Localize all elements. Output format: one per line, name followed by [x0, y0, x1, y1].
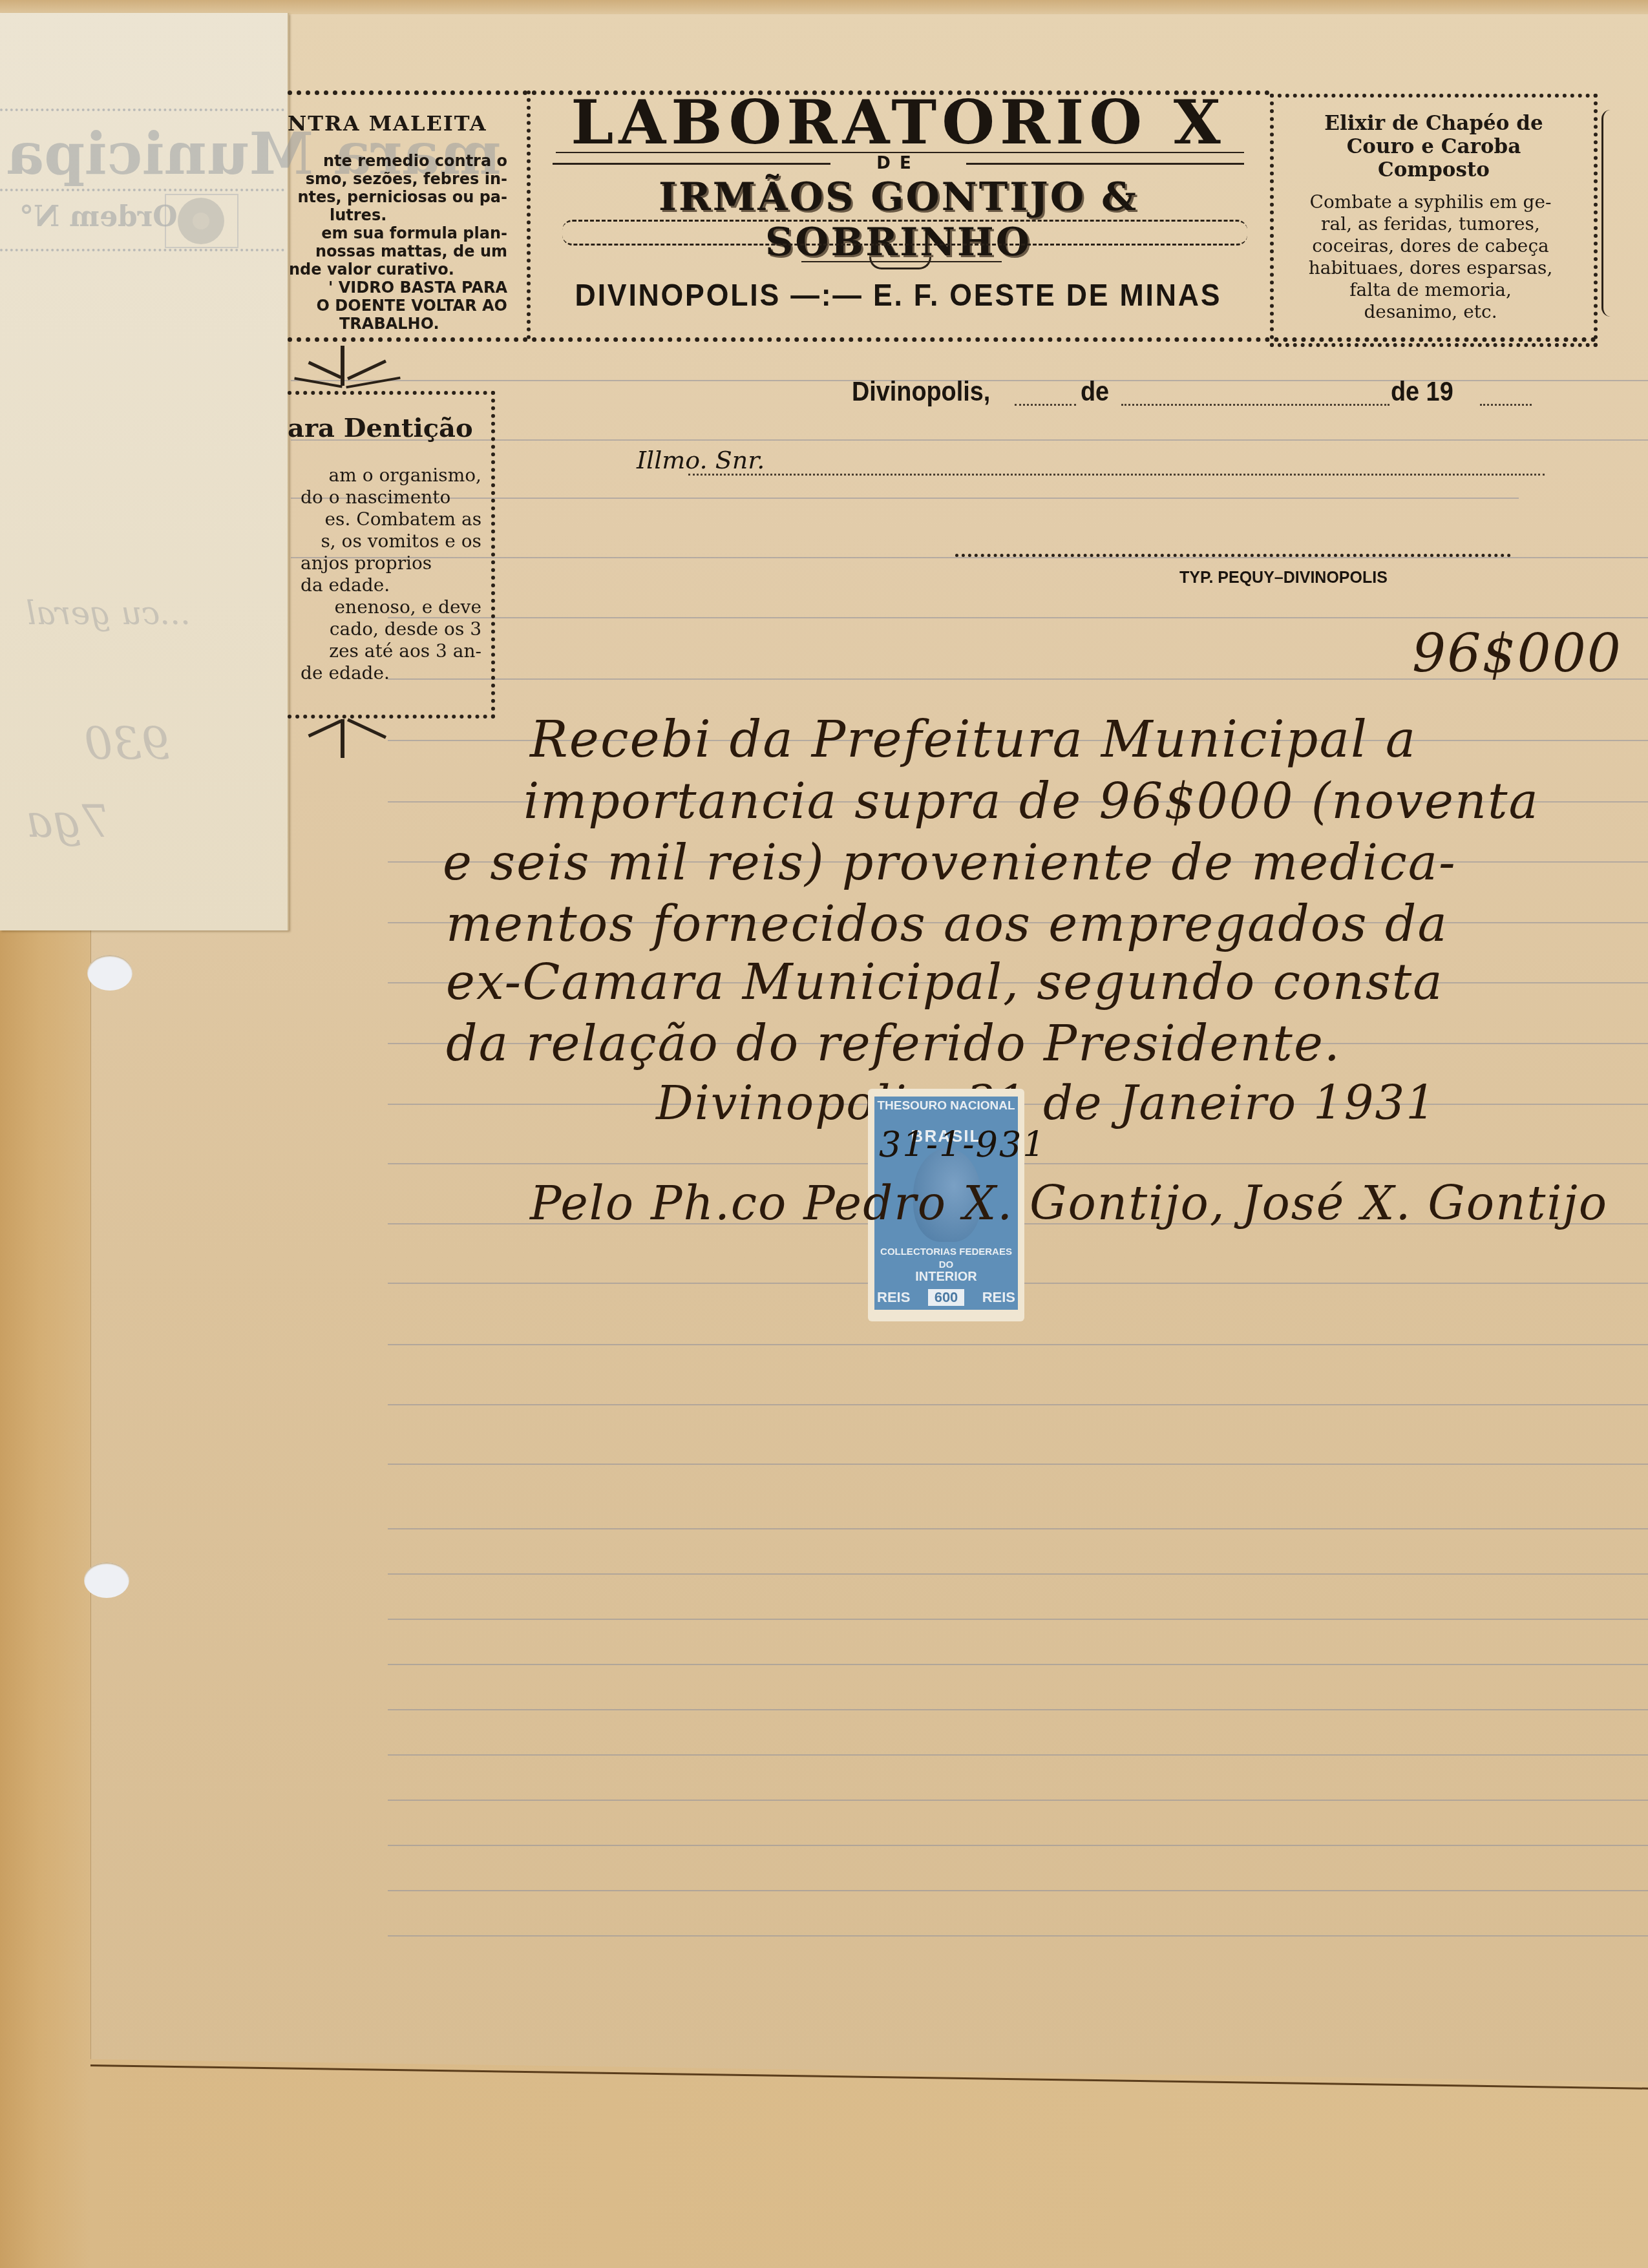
de-rule-left: [553, 163, 830, 165]
punch-hole-top: [87, 955, 132, 991]
form-year-label: de 19: [1391, 376, 1453, 407]
receipt-line-5: ex-Camara Municipal, segundo consta: [446, 953, 1444, 1011]
de-rule-right: [966, 163, 1244, 165]
stamp-value-row: REIS 600 REIS: [874, 1289, 1018, 1306]
addressee-label: Illmo. Snr.: [637, 446, 765, 474]
ad-elixir-body: Combate a syphilis em ge- ral, as ferida…: [1287, 191, 1574, 323]
receipt-date: Divinopolis, 31 de Janeiro 1931: [656, 1076, 1437, 1130]
ad-denticao-body: am o organismo, do o nascimento es. Comb…: [288, 465, 481, 684]
year-field[interactable]: [1480, 404, 1532, 406]
printer-imprint: TYP. PEQUY–DIVINOPOLIS: [1179, 569, 1388, 587]
slip-pencil-note-3: 7ga: [26, 795, 111, 848]
slip-pencil-note-2: 930: [84, 717, 171, 770]
overlapping-slip: mara Municipa Ordem N° ...cu geral 930 7…: [0, 13, 289, 930]
receipt-line-1: Recebi da Prefeitura Municipal a: [530, 711, 1417, 769]
slip-seal: [165, 194, 238, 248]
stamp-value: 600: [928, 1289, 965, 1306]
scroll-ornament-icon: [1601, 110, 1620, 317]
form-de-label: de: [1081, 376, 1109, 407]
stamp-cancel-date: 31-1-931: [879, 1124, 1046, 1165]
receipt-line-6: da relação do referido Presidente.: [446, 1014, 1341, 1072]
fan-ornament-bottom-icon: [294, 714, 391, 759]
stamp-arc-text: COLLECTORIAS FEDERAES: [874, 1246, 1018, 1257]
ad-denticao: ara Dentição am o organismo, do o nascim…: [288, 391, 495, 719]
title-rule: [556, 152, 1244, 153]
addressee-field[interactable]: [688, 474, 1545, 476]
punch-hole-bottom: [84, 1562, 129, 1598]
stamp-do: DO: [874, 1259, 1018, 1270]
ad-denticao-title: ara Dentição: [288, 413, 481, 443]
ad-maleita-body: nte remedio contra o smo, sezões, febres…: [288, 152, 507, 333]
receipt-line-4: mentos fornecidos aos empregados da: [446, 895, 1448, 952]
letterhead-title: LABORATORIO X: [556, 87, 1241, 158]
signature-dotted-line: [955, 554, 1511, 557]
slip-pencil-note-1: ...cu geral: [26, 594, 191, 632]
form-city-label: Divinopolis,: [852, 376, 990, 407]
ad-elixir: Elixir de Chapéo de Couro e Caroba Compo…: [1270, 94, 1598, 347]
month-field[interactable]: [1121, 404, 1389, 406]
stamp-header: THESOURO NACIONAL: [874, 1099, 1018, 1113]
day-field[interactable]: [1015, 404, 1076, 406]
receipt-line-2: importancia supra de 96$000 (noventa: [523, 772, 1539, 830]
stamp-interior: INTERIOR: [874, 1270, 1018, 1285]
ad-maleita-title: NTRA MALEITA: [288, 111, 501, 136]
ad-maleita: NTRA MALEITA nte remedio contra o smo, s…: [288, 90, 531, 339]
receipt-signature: Pelo Ph.co Pedro X. Gontijo, José X. Gon…: [530, 1176, 1608, 1230]
ornament-band: [562, 220, 1247, 246]
fan-ornament-top-icon: [294, 346, 391, 391]
receipt-line-3: e seis mil reis) proveniente de medica-: [443, 834, 1457, 891]
stamp-currency-right: REIS: [982, 1289, 1015, 1306]
slip-ghost-order: Ordem N°: [19, 200, 177, 233]
ad-elixir-title: Elixir de Chapéo de Couro e Caroba Compo…: [1274, 112, 1594, 182]
flourish-icon: [869, 257, 931, 269]
stamp-currency-left: REIS: [877, 1289, 910, 1306]
letterhead-city: DIVINOPOLIS —:— E. F. OESTE DE MINAS: [574, 278, 1223, 313]
receipt-amount: 96$000: [1412, 624, 1622, 685]
letterhead-connector: DE: [860, 154, 937, 173]
